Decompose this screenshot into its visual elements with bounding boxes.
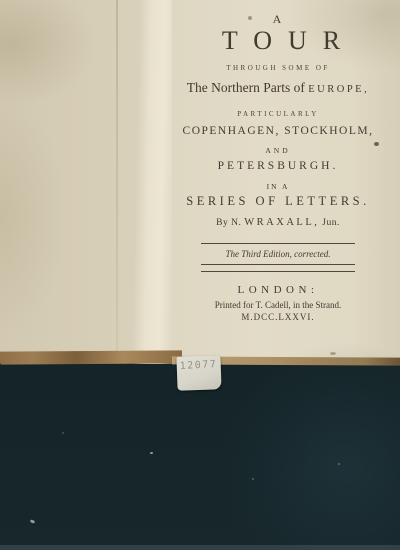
page-block-edge-left (0, 350, 182, 364)
byline: By N. WRAXALL, Jun. (163, 217, 393, 228)
printer-rule-middle (201, 264, 355, 265)
dust-speck (62, 432, 64, 434)
dust-speck (150, 452, 153, 454)
imprint-city: LONDON: (163, 284, 393, 296)
region-caps: EUROPE, (308, 84, 369, 95)
book-title: TOUR (166, 26, 396, 56)
shelf-label-number: 12077 (180, 359, 218, 372)
title-text-column: A TOUR THROUGH SOME OF The Northern Part… (163, 0, 393, 360)
region-prefix: The Northern Parts of (187, 80, 305, 95)
subtitle-through-line: THROUGH SOME OF (163, 64, 393, 72)
and-word: AND (163, 146, 393, 155)
byline-prefix: By N. (216, 218, 241, 228)
byline-author-name: WRAXALL, (244, 217, 319, 228)
subtitle-particularly: PARTICULARLY (163, 110, 393, 118)
book-photo: A TOUR THROUGH SOME OF The Northern Part… (0, 0, 400, 550)
series-line: SERIES OF LETTERS. (163, 194, 393, 209)
byline-suffix: Jun. (322, 218, 340, 228)
flyleaf-page (0, 0, 150, 360)
printer-rule-top (201, 243, 355, 244)
page-block: A TOUR THROUGH SOME OF The Northern Part… (0, 0, 400, 360)
half-title: A (163, 12, 393, 27)
dust-speck (30, 519, 36, 524)
dust-speck (338, 463, 340, 465)
imprint-publisher: Printed for T. Cadell, in the Strand. (163, 300, 393, 310)
printer-rule-bottom (201, 271, 355, 272)
cities-line-1: COPENHAGEN, STOCKHOLM, (163, 125, 393, 137)
dust-speck (252, 478, 254, 480)
flyleaf-crease (116, 0, 118, 360)
subtitle-region-line: The Northern Parts of EUROPE, (163, 80, 393, 96)
imprint-year: M.DCC.LXXVI. (163, 312, 393, 322)
in-a-line: IN A (163, 182, 393, 191)
shelf-label-sticker: 12077 (176, 355, 221, 391)
cities-line-2: PETERSBURGH. (163, 160, 393, 172)
cover-sheen (220, 341, 400, 550)
edition-line: The Third Edition, corrected. (163, 249, 393, 259)
cover-bottom-edge (0, 545, 400, 550)
